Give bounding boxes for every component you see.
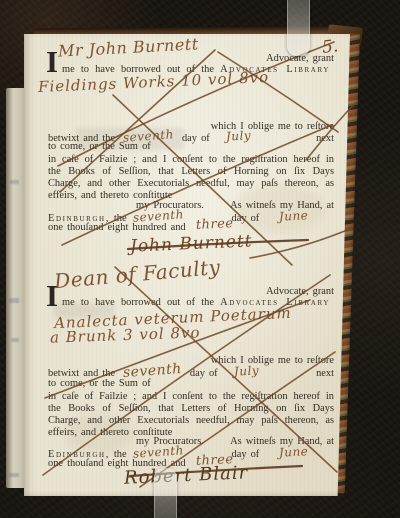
borrow-record-entry: I Mr John Burnett Advocate, grant me to … [48, 40, 334, 268]
printed-failzie-line3: Charge, and other Executorials needful, … [48, 415, 334, 427]
showthrough-mark [11, 338, 19, 342]
printed-betwixt-line: betwixt and the seventh day of July next [48, 366, 334, 378]
showthrough-mark [9, 298, 19, 303]
ledger-page: 5. I Mr John Burnett Advocate, grant me … [24, 34, 350, 496]
borrow-record-entry: I Dean of Faculty Advocate, grant me to … [48, 270, 334, 496]
photographed-ledger-scene: 5. I Mr John Burnett Advocate, grant me … [0, 0, 400, 518]
mounting-strap-bottom [154, 468, 177, 518]
borrow-prefix: me to have borrowed out of the [62, 297, 214, 308]
showthrough-mark [9, 473, 19, 477]
printed-failzie-line1: in caſe of Failzie ; and I conſent to th… [48, 391, 334, 403]
mounting-strap-top [287, 0, 310, 56]
year-word-handwritten: three [195, 218, 233, 232]
printed-sum-line: to come, or the Sum of [48, 141, 334, 153]
printed-failzie-line1: in caſe of Failzie ; and I conſent to th… [48, 154, 334, 166]
showthrough-mark [10, 180, 19, 184]
underlying-page-edges [6, 88, 26, 488]
return-day-handwritten: seventh [123, 363, 183, 379]
return-month-handwritten: July [233, 364, 259, 377]
signature-handwritten: Robert Blair [124, 462, 249, 488]
year-prefix: one thouſand eight hundred and [48, 222, 186, 234]
printed-failzie-line2: the Books of Seſſion, that Letters of Ho… [48, 403, 334, 415]
book-title-handwritten: a Brunk 3 vol 8vo [50, 323, 201, 346]
printed-sum-line: to come, or the Sum of [48, 378, 334, 390]
printed-failzie-line3: Charge, and other Executorials needful, … [48, 178, 334, 190]
printed-year-line: one thouſand eight hundred and three [48, 221, 334, 233]
signature-handwritten: John Burnett [130, 231, 253, 256]
printed-failzie-line2: the Books of Seſſion, that Letters of Ho… [48, 166, 334, 178]
